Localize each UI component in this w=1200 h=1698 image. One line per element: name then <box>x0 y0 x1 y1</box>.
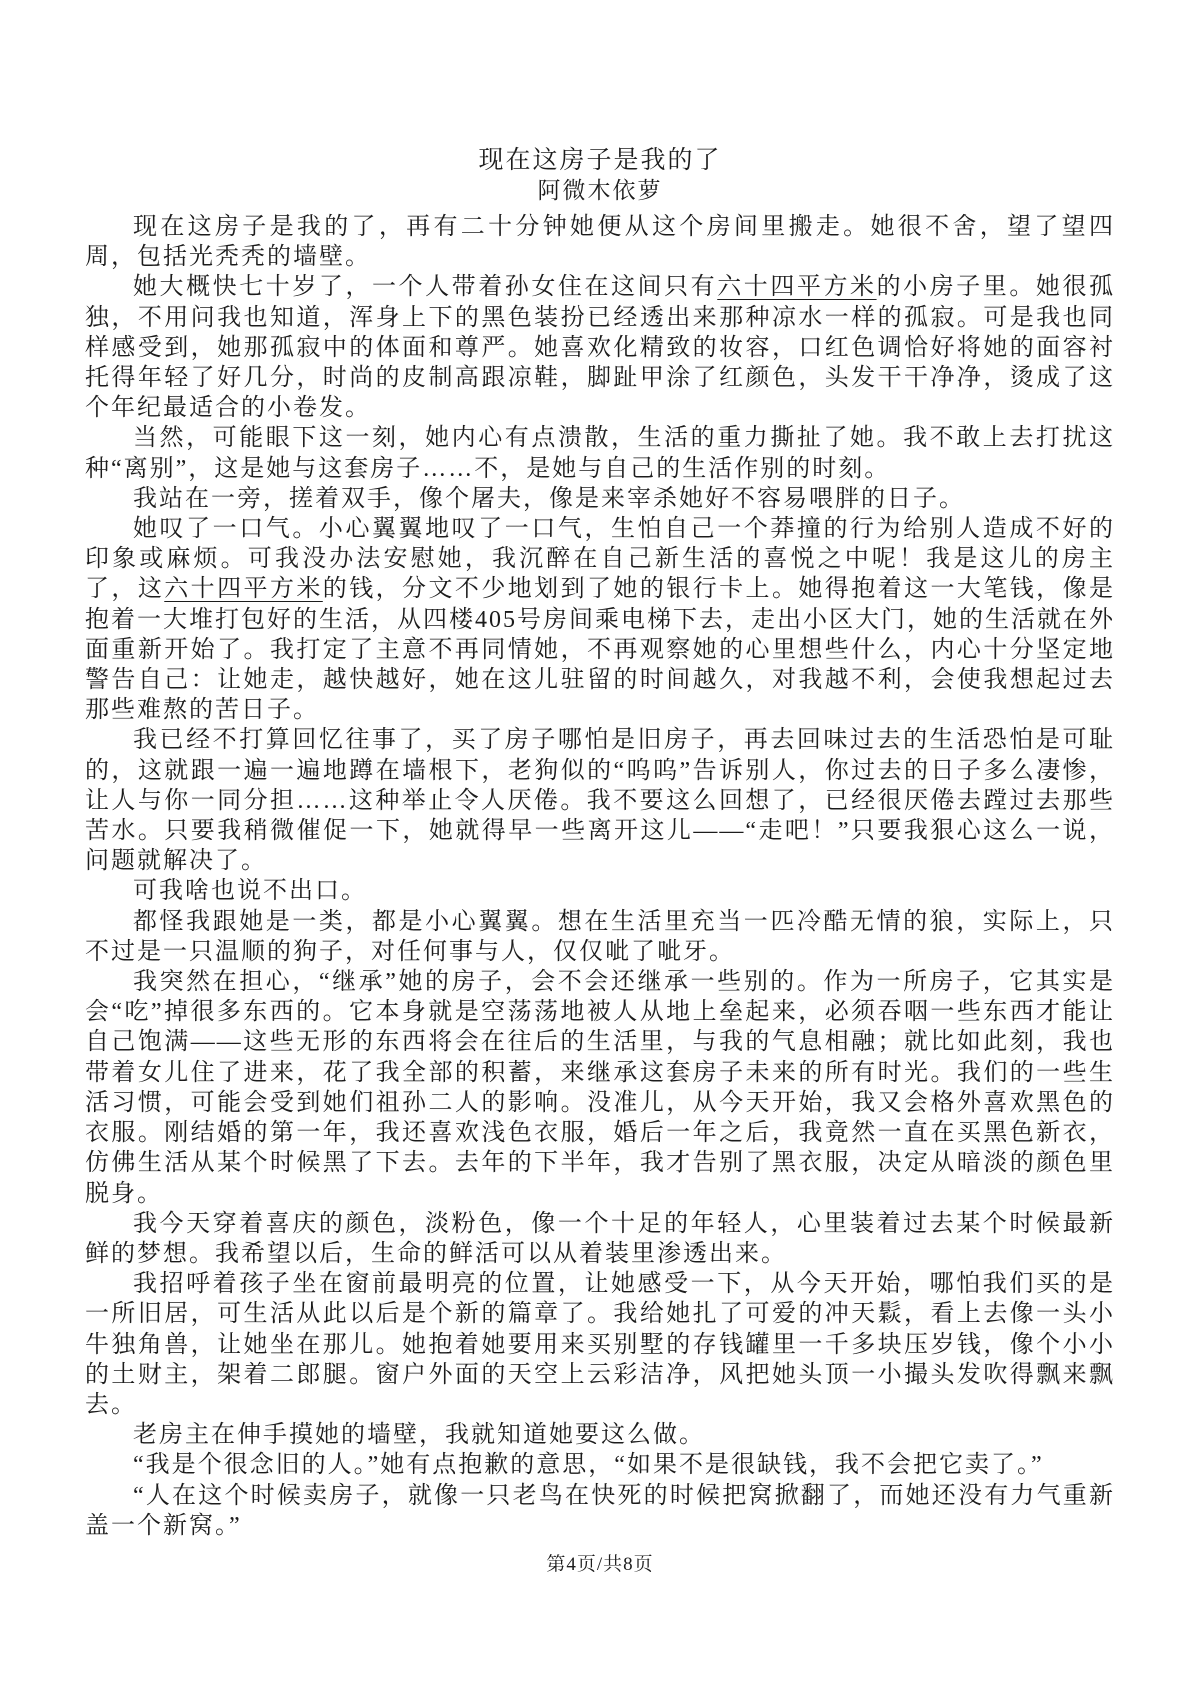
paragraph: 都怪我跟她是一类，都是小心翼翼。想在生活里充当一匹冷酷无情的狼，实际上，只不过是… <box>85 907 1115 967</box>
text-segment: 我招呼着孩子坐在窗前最明亮的位置，让她感受一下，从今天开始，哪怕我们买的是一所旧… <box>85 1271 1115 1418</box>
page-number: 第4页/共8页 <box>0 1549 1200 1576</box>
paragraph: 我今天穿着喜庆的颜色，淡粉色，像一个十足的年轻人，心里装着过去某个时候最新鲜的梦… <box>85 1209 1115 1269</box>
paragraph: 可我啥也说不出口。 <box>85 876 1115 906</box>
paragraph: 我突然在担心，“继承”她的房子，会不会还继承一些别的。作为一所房子，它其实是会“… <box>85 967 1115 1209</box>
text-segment: 现在这房子是我的了，再有二十分钟她便从这个房间里搬走。她很不舍，望了望四周，包括… <box>85 214 1115 270</box>
paragraph: 老房主在伸手摸她的墙壁，我就知道她要这么做。 <box>85 1420 1115 1450</box>
text-segment: 她大概快七十岁了，一个人带着孙女住在这间只有 <box>133 274 717 300</box>
paragraph: 我已经不打算回忆往事了，买了房子哪怕是旧房子，再去回味过去的生活恐怕是可耻的，这… <box>85 725 1115 876</box>
paragraph: 她叹了一口气。小心翼翼地叹了一口气，生怕自己一个莽撞的行为给别人造成不好的印象或… <box>85 514 1115 725</box>
text-segment: 当然，可能眼下这一刻，她内心有点溃散，生活的重力撕扯了她。我不敢上去打扰这种“离… <box>85 425 1115 481</box>
paragraph: 当然，可能眼下这一刻，她内心有点溃散，生活的重力撕扯了她。我不敢上去打扰这种“离… <box>85 423 1115 483</box>
text-segment: “人在这个时候卖房子，就像一只老鸟在快死的时候把窝掀翻了，而她还没有力气重新盖一… <box>85 1483 1115 1539</box>
text-segment: 可我啥也说不出口。 <box>133 878 367 904</box>
text-segment: 我突然在担心，“继承”她的房子，会不会还继承一些别的。作为一所房子，它其实是会“… <box>85 969 1115 1206</box>
paragraph: “我是个很念旧的人。”她有点抱歉的意思，“如果不是很缺钱，我不会把它卖了。” <box>85 1450 1115 1480</box>
article-author: 阿微木依萝 <box>85 176 1115 206</box>
text-segment: 我已经不打算回忆往事了，买了房子哪怕是旧房子，再去回味过去的生活恐怕是可耻的，这… <box>85 727 1115 874</box>
underlined-term: 六十四平方米 <box>164 576 323 602</box>
article-title: 现在这房子是我的了 <box>85 146 1115 176</box>
document-page: 现在这房子是我的了 阿微木依萝 现在这房子是我的了，再有二十分钟她便从这个房间里… <box>0 0 1200 1698</box>
text-segment: “我是个很念旧的人。”她有点抱歉的意思，“如果不是很缺钱，我不会把它卖了。” <box>133 1452 1044 1478</box>
article-body: 现在这房子是我的了，再有二十分钟她便从这个房间里搬走。她很不舍，望了望四周，包括… <box>85 212 1115 1541</box>
paragraph: “人在这个时候卖房子，就像一只老鸟在快死的时候把窝掀翻了，而她还没有力气重新盖一… <box>85 1481 1115 1541</box>
underlined-term: 六十四平方米 <box>717 274 876 300</box>
text-segment: 我站在一旁，搓着双手，像个屠夫，像是来宰杀她好不容易喂胖的日子。 <box>133 486 965 512</box>
text-segment: 都怪我跟她是一类，都是小心翼翼。想在生活里充当一匹冷酷无情的狼，实际上，只不过是… <box>85 909 1115 965</box>
paragraph: 现在这房子是我的了，再有二十分钟她便从这个房间里搬走。她很不舍，望了望四周，包括… <box>85 212 1115 272</box>
paragraph: 我站在一旁，搓着双手，像个屠夫，像是来宰杀她好不容易喂胖的日子。 <box>85 484 1115 514</box>
text-segment: 我今天穿着喜庆的颜色，淡粉色，像一个十足的年轻人，心里装着过去某个时候最新鲜的梦… <box>85 1211 1115 1267</box>
paragraph: 她大概快七十岁了，一个人带着孙女住在这间只有六十四平方米的小房子里。她很孤独，不… <box>85 272 1115 423</box>
paragraph: 我招呼着孩子坐在窗前最明亮的位置，让她感受一下，从今天开始，哪怕我们买的是一所旧… <box>85 1269 1115 1420</box>
text-segment: 老房主在伸手摸她的墙壁，我就知道她要这么做。 <box>133 1422 705 1448</box>
